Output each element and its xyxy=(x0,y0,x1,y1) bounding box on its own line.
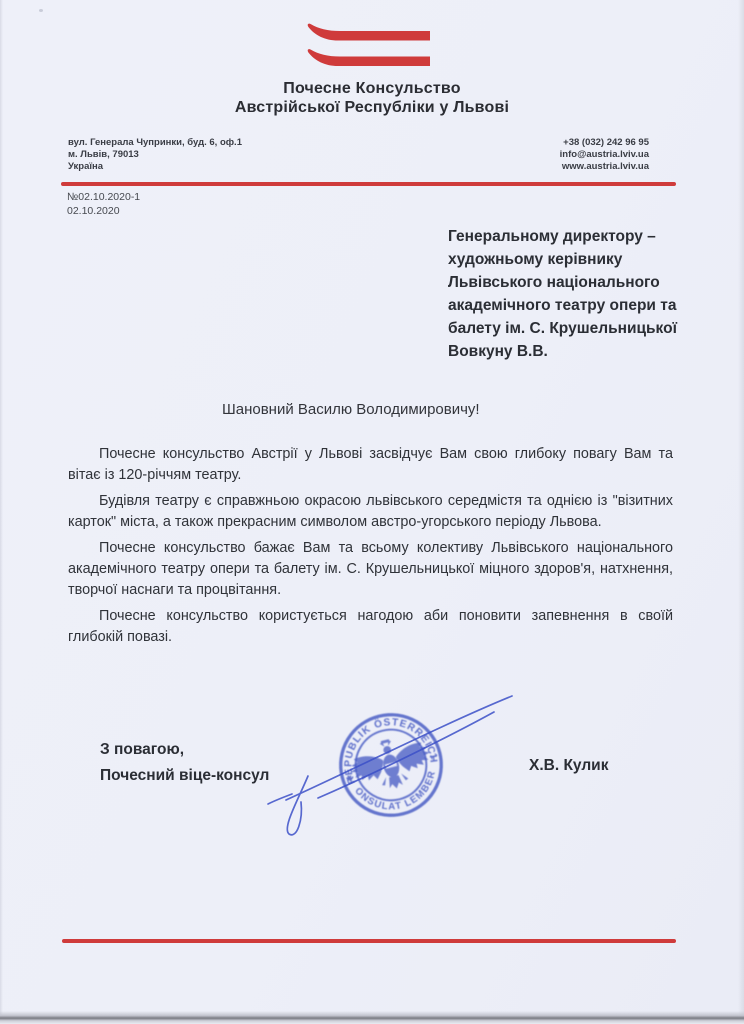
closing-title: Почесний віце-консул xyxy=(100,763,269,789)
address-line: Україна xyxy=(68,161,242,173)
body-paragraph: Почесне консульство бажає Вам та всьому … xyxy=(68,538,673,601)
closing-block: З повагою, Почесний віце-консул xyxy=(100,737,269,788)
scan-edge-right xyxy=(738,0,744,1024)
footer-rule xyxy=(62,939,676,943)
scan-edge-left xyxy=(0,0,3,1024)
email-address: info@austria.lviv.ua xyxy=(560,149,649,161)
letter-page: Почесне Консульство Австрійської Республ… xyxy=(0,0,744,1024)
phone-number: +38 (032) 242 96 95 xyxy=(560,137,649,149)
body-paragraph: Почесне консульство Австрії у Львові зас… xyxy=(68,444,673,486)
website-url: www.austria.lviv.ua xyxy=(560,161,649,173)
recipient-line: Львівського національного xyxy=(448,271,683,294)
closing-line: З повагою, xyxy=(100,737,269,763)
recipient-block: Генеральному директору – художньому кері… xyxy=(448,225,683,363)
consulate-address: вул. Генерала Чупринки, буд. 6, оф.1 м. … xyxy=(68,137,242,172)
body-paragraph: Почесне консульство користується нагодою… xyxy=(68,606,673,648)
scan-edge-bottom xyxy=(0,1011,744,1024)
letter-body: Почесне консульство Австрії у Львові зас… xyxy=(68,444,673,653)
recipient-line: Генеральному директору – xyxy=(448,225,683,248)
reference-block: №02.10.2020-1 02.10.2020 xyxy=(67,191,140,218)
org-title: Почесне Консульство Австрійської Республ… xyxy=(0,80,744,117)
salutation: Шановний Василю Володимировичу! xyxy=(222,401,480,418)
recipient-line: балету ім. С. Крушельницької xyxy=(448,317,683,340)
consulate-contacts: +38 (032) 242 96 95 info@austria.lviv.ua… xyxy=(560,137,649,172)
reference-number: №02.10.2020-1 xyxy=(67,191,140,205)
address-line: вул. Генерала Чупринки, буд. 6, оф.1 xyxy=(68,137,242,149)
recipient-line: художньому керівнику xyxy=(448,248,683,271)
recipient-line: академічного театру опери та xyxy=(448,294,683,317)
austria-flag-logo-icon xyxy=(306,23,430,70)
header-rule xyxy=(61,182,676,186)
address-line: м. Львів, 79013 xyxy=(68,149,242,161)
scan-speck xyxy=(39,9,43,12)
signer-name: Х.В. Кулик xyxy=(529,757,608,775)
body-paragraph: Будівля театру є справжньою окрасою льві… xyxy=(68,491,673,533)
handwritten-signature xyxy=(258,676,528,846)
org-title-line2: Австрійської Республіки у Львові xyxy=(0,99,744,118)
letter-date: 02.10.2020 xyxy=(67,205,140,219)
recipient-line: Вовкуну В.В. xyxy=(448,340,683,363)
org-title-line1: Почесне Консульство xyxy=(0,80,744,99)
